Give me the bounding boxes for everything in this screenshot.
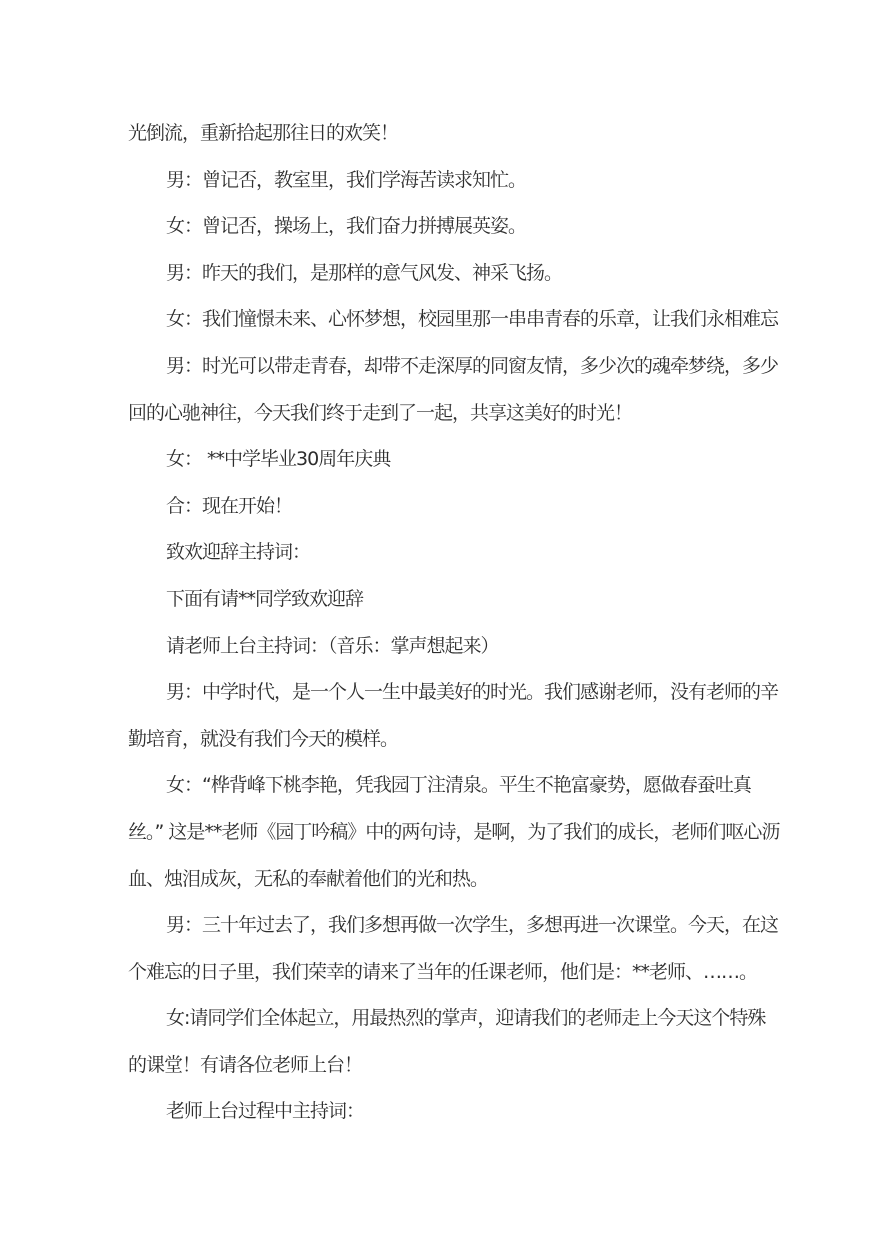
document-page: 光倒流，重新拾起那往日的欢笑！ 男：曾记否，教室里，我们学海苦读求知忙。 女：曾… [0,0,884,1250]
document-line: 血、烛泪成灰，无私的奉献着他们的光和热。 [128,856,768,903]
document-line: 男：曾记否，教室里，我们学海苦读求知忙。 [128,157,768,204]
document-line: 男：中学时代，是一个人一生中最美好的时光。我们感谢老师，没有老师的辛 [128,669,768,716]
document-line: 男：三十年过去了，我们多想再做一次学生，多想再进一次课堂。今天，在这 [128,902,768,949]
document-line: 光倒流，重新拾起那往日的欢笑！ [128,110,768,157]
document-line: 女： **中学毕业30周年庆典 [128,436,768,483]
document-line: 男：时光可以带走青春，却带不走深厚的同窗友情，多少次的魂牵梦绕，多少 [128,343,768,390]
document-line: 的课堂！有请各位老师上台！ [128,1042,768,1089]
document-line: 请老师上台主持词：（音乐：掌声想起来） [128,623,768,670]
document-line: 个难忘的日子里，我们荣幸的请来了当年的任课老师，他们是：**老师、……。 [128,949,768,996]
document-content: 光倒流，重新拾起那往日的欢笑！ 男：曾记否，教室里，我们学海苦读求知忙。 女：曾… [128,110,768,1135]
document-line: 女：曾记否，操场上，我们奋力拼搏展英姿。 [128,203,768,250]
document-line: 丝。” 这是**老师《园丁吟稿》中的两句诗，是啊，为了我们的成长，老师们呕心沥 [128,809,768,856]
document-line: 女:请同学们全体起立，用最热烈的掌声，迎请我们的老师走上今天这个特殊 [128,995,768,1042]
document-line: 男：昨天的我们，是那样的意气风发、神采飞扬。 [128,250,768,297]
document-line: 合：现在开始！ [128,483,768,530]
document-line: 女：“桦背峰下桃李艳，凭我园丁注清泉。平生不艳富豪势，愿做春蚕吐真 [128,762,768,809]
document-line: 女：我们憧憬未来、心怀梦想，校园里那一串串青春的乐章，让我们永相难忘 [128,296,768,343]
document-line: 勤培育，就没有我们今天的模样。 [128,716,768,763]
document-line: 致欢迎辞主持词： [128,529,768,576]
document-line: 老师上台过程中主持词： [128,1088,768,1135]
document-line: 回的心驰神往，今天我们终于走到了一起，共享这美好的时光！ [128,390,768,437]
document-line: 下面有请**同学致欢迎辞 [128,576,768,623]
